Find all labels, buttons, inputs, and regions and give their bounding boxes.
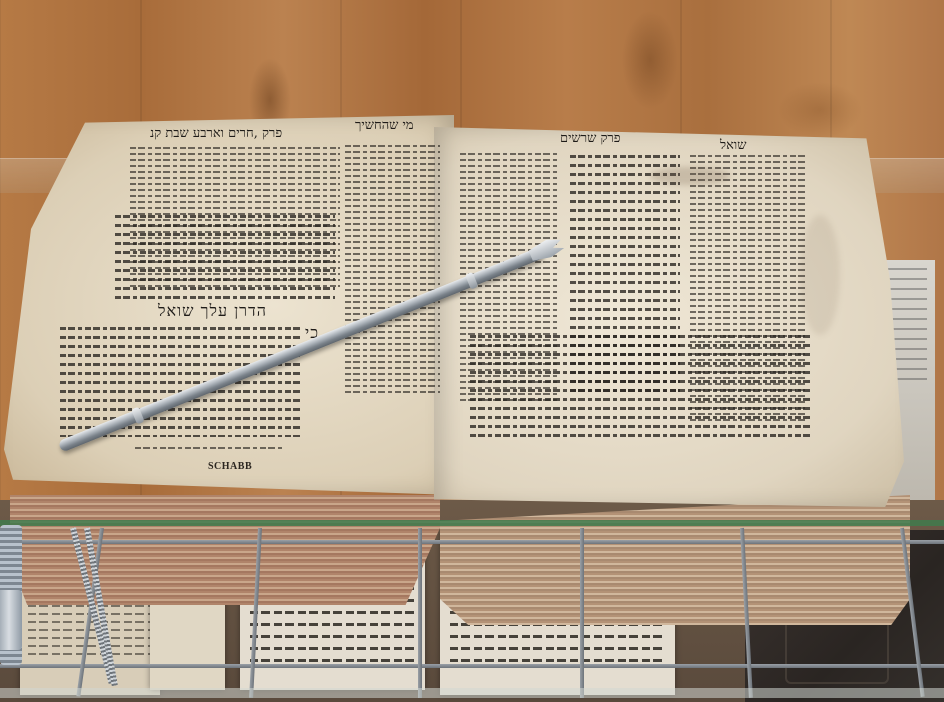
page-stamp: SCHABB bbox=[208, 461, 252, 472]
photo-scene: פרק ,חרים וארבע שבת קנ מי שהחשיך הדרן על… bbox=[0, 0, 944, 702]
page-stain bbox=[650, 167, 730, 185]
grid-wire-horizontal bbox=[0, 540, 944, 544]
hex-nut bbox=[0, 590, 22, 650]
glass-front-edge bbox=[0, 688, 944, 698]
left-page-footnote bbox=[135, 447, 285, 453]
open-antique-book: פרק ,חרים וארבע שבת קנ מי שהחשיך הדרן על… bbox=[0, 115, 944, 535]
grid-wire-vertical bbox=[418, 528, 422, 698]
grid-wire-horizontal bbox=[0, 664, 944, 668]
page-stain bbox=[800, 215, 840, 335]
right-page-header-left: שואל bbox=[720, 137, 746, 153]
left-page-header-right: מי שהחשיך bbox=[355, 117, 414, 133]
grid-wire-vertical bbox=[580, 528, 584, 698]
glass-shelf-green-edge bbox=[0, 520, 944, 526]
right-page-running-header: פרק שרשים bbox=[560, 130, 621, 146]
left-page-lower-text bbox=[60, 327, 300, 437]
right-page-edges bbox=[440, 495, 910, 625]
section-heading: הדרן עלך שואל bbox=[158, 301, 267, 321]
left-page-running-header: פרק ,חרים וארבע שבת קנ bbox=[150, 125, 282, 141]
left-page-main-text bbox=[115, 215, 335, 310]
right-page-wide-text bbox=[470, 335, 810, 445]
left-page-side-column bbox=[345, 145, 440, 415]
